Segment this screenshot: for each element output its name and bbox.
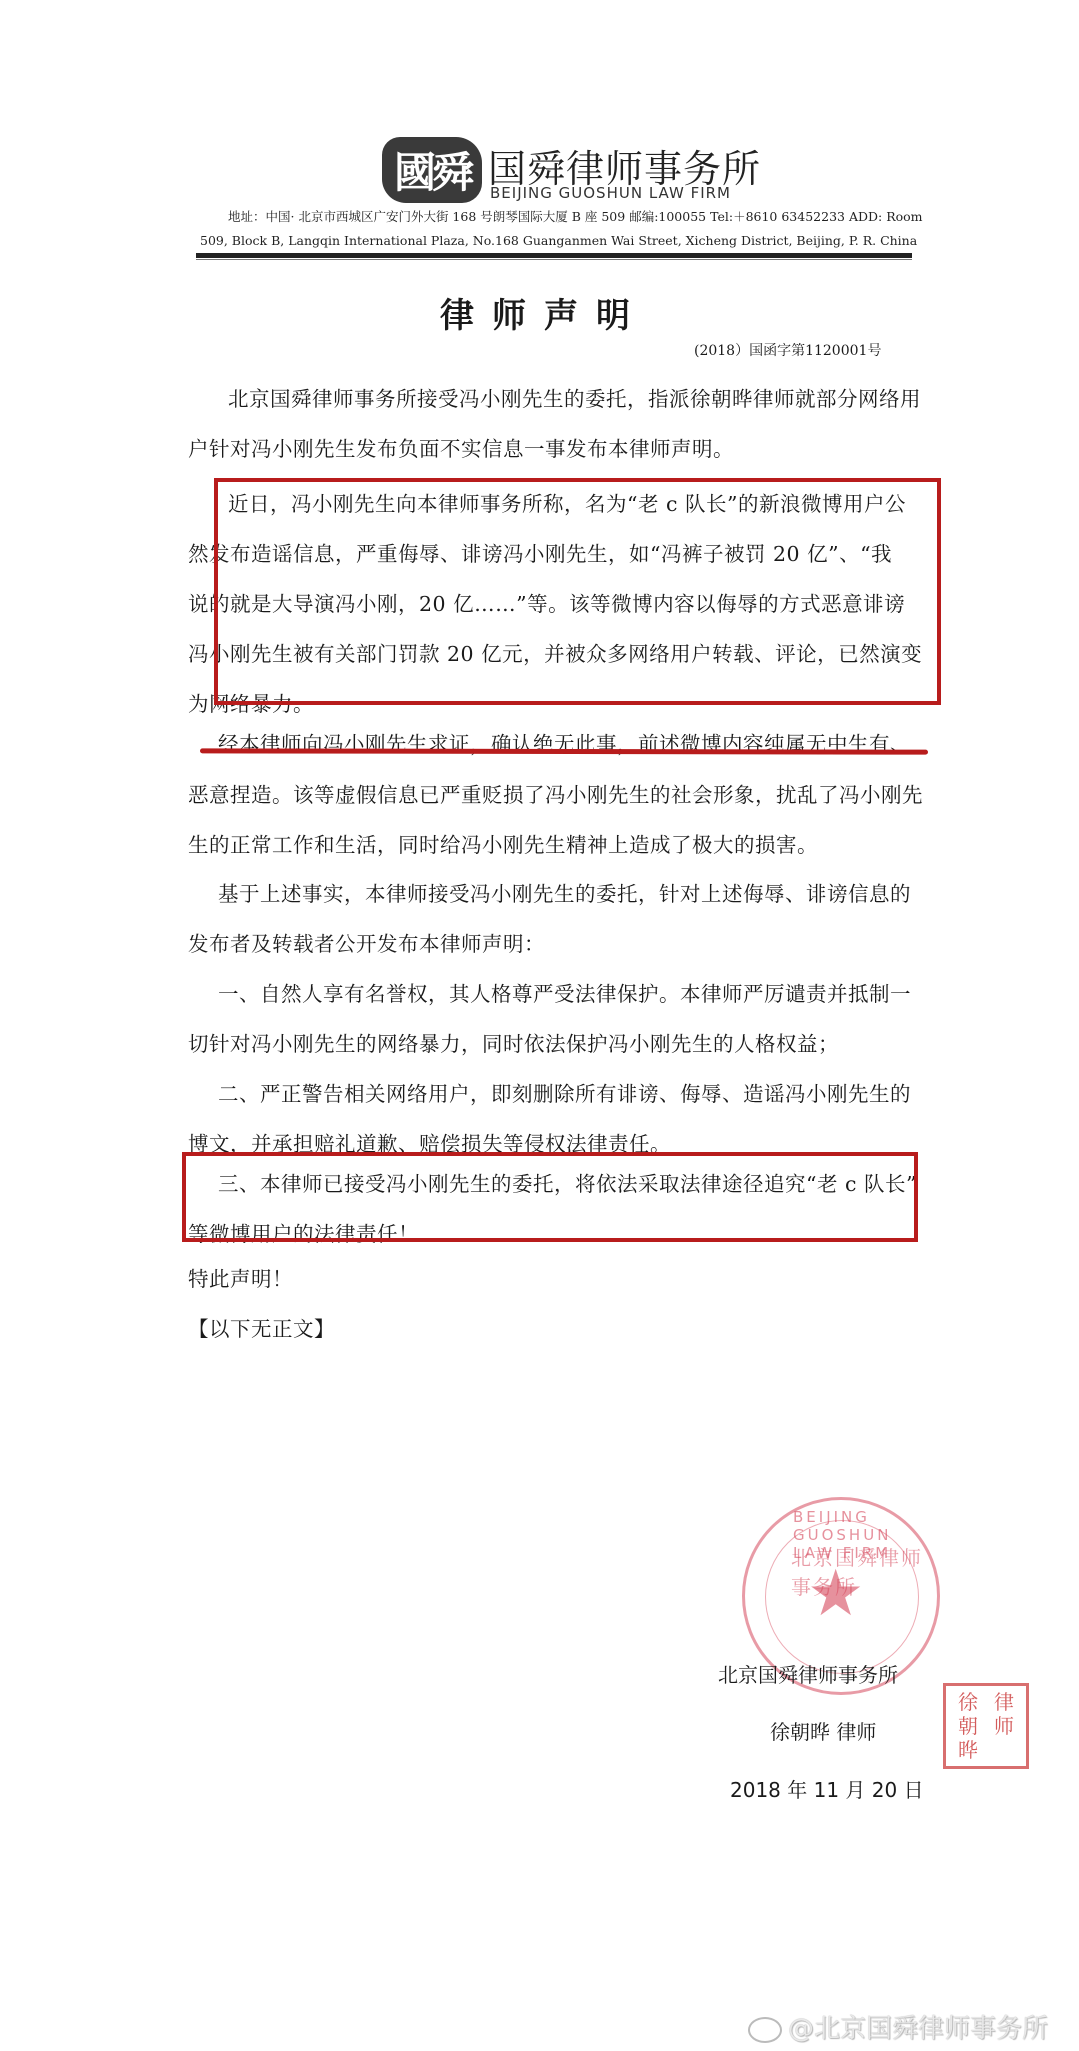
- highlight-box-rumor: [214, 478, 941, 705]
- firm-name-en: BEIJING GUOSHUN LAW FIRM: [490, 184, 731, 202]
- seal-char: 晔: [950, 1738, 986, 1762]
- logo-glyph: 國舜: [394, 140, 470, 200]
- seal-char: 徐: [950, 1690, 986, 1714]
- seal-char: [986, 1738, 1022, 1762]
- body-line: 北京国舜律师事务所接受冯小刚先生的委托，指派徐朝晔律师就部分网络用: [228, 382, 921, 412]
- header-divider: [196, 253, 912, 258]
- signature-firm: 北京国舜律师事务所: [718, 1659, 898, 1688]
- lawyer-seal: 徐 律 朝 师 晔: [943, 1683, 1029, 1769]
- body-line: 恶意捏造。该等虚假信息已严重贬损了冯小刚先生的社会形象，扰乱了冯小刚先: [188, 778, 923, 808]
- document-number: (2018）国函字第1120001号: [694, 340, 881, 360]
- body-line: 户针对冯小刚先生发布负面不实信息一事发布本律师声明。: [188, 432, 734, 462]
- body-line: 基于上述事实，本律师接受冯小刚先生的委托，针对上述侮辱、诽谤信息的: [218, 877, 911, 907]
- header-divider-thin: [196, 259, 912, 260]
- closing-line: 特此声明！: [188, 1262, 293, 1292]
- address-line-1: 地址：中国· 北京市西城区广安门外大街 168 号朗琴国际大厦 B 座 509 …: [228, 207, 923, 225]
- body-line: 发布者及转载者公开发布本律师声明：: [188, 927, 545, 957]
- end-of-text-marker: 【以下无正文】: [188, 1312, 335, 1342]
- body-line: 生的正常工作和生活，同时给冯小刚先生精神上造成了极大的损害。: [188, 828, 818, 858]
- signature-date: 2018 年 11 月 20 日: [730, 1774, 924, 1803]
- watermark-text: @北京国舜律师事务所: [788, 2014, 1048, 2044]
- seal-char: 师: [986, 1714, 1022, 1738]
- document-title: 律师声明: [440, 288, 648, 337]
- body-line: 一、自然人享有名誉权，其人格尊严受法律保护。本律师严厉谴责并抵制一: [218, 977, 911, 1007]
- body-line: 切针对冯小刚先生的网络暴力，同时依法保护冯小刚先生的人格权益；: [188, 1027, 839, 1057]
- seal-char: 律: [986, 1690, 1022, 1714]
- firm-logo: 國舜: [382, 137, 482, 203]
- highlight-box-legal-action: [182, 1152, 918, 1242]
- weibo-icon: [748, 2017, 782, 2043]
- address-line-2: 509, Block B, Langqin International Plaz…: [200, 233, 917, 248]
- star-icon: ★: [807, 1562, 864, 1626]
- seal-char: 朝: [950, 1714, 986, 1738]
- body-line: 二、严正警告相关网络用户，即刻删除所有诽谤、侮辱、造谣冯小刚先生的: [218, 1077, 911, 1107]
- weibo-watermark: @北京国舜律师事务所: [748, 2008, 1048, 2045]
- signature-lawyer: 徐朝晔 律师: [770, 1716, 876, 1745]
